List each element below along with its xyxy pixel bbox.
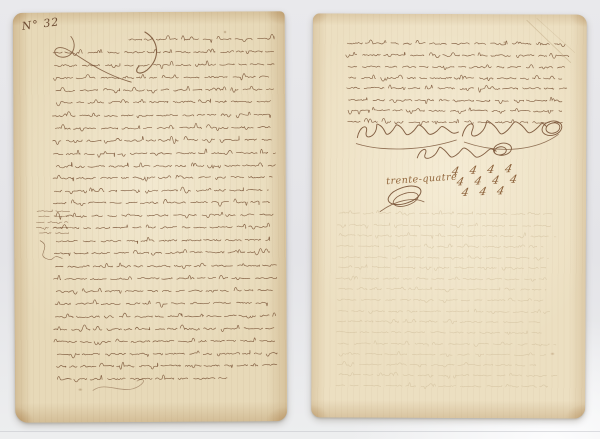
bleedthrough-text (336, 210, 558, 389)
photo-stage: N° 32 trente-quatre 4 4 4 44 4 4 44 4 4 (0, 0, 600, 439)
margin-note (36, 210, 70, 234)
closing-flourish (93, 379, 144, 390)
margin-note-paraph (40, 241, 62, 260)
left-page-ink (13, 11, 287, 423)
archival-number-flourish (55, 36, 132, 82)
signature-dulard (462, 121, 562, 150)
signature-dupont-freres (356, 124, 458, 149)
signature-dupont-fils (417, 143, 511, 159)
tally-marks: 4 4 4 44 4 4 44 4 4 (446, 163, 523, 199)
paraph-oval-flourish (380, 186, 424, 212)
right-page-handwriting (345, 40, 568, 126)
right-page-ink (311, 13, 587, 418)
left-page-handwriting (52, 34, 278, 382)
right-page: trente-quatre 4 4 4 44 4 4 44 4 4 (311, 13, 587, 418)
left-page: N° 32 (13, 11, 287, 423)
